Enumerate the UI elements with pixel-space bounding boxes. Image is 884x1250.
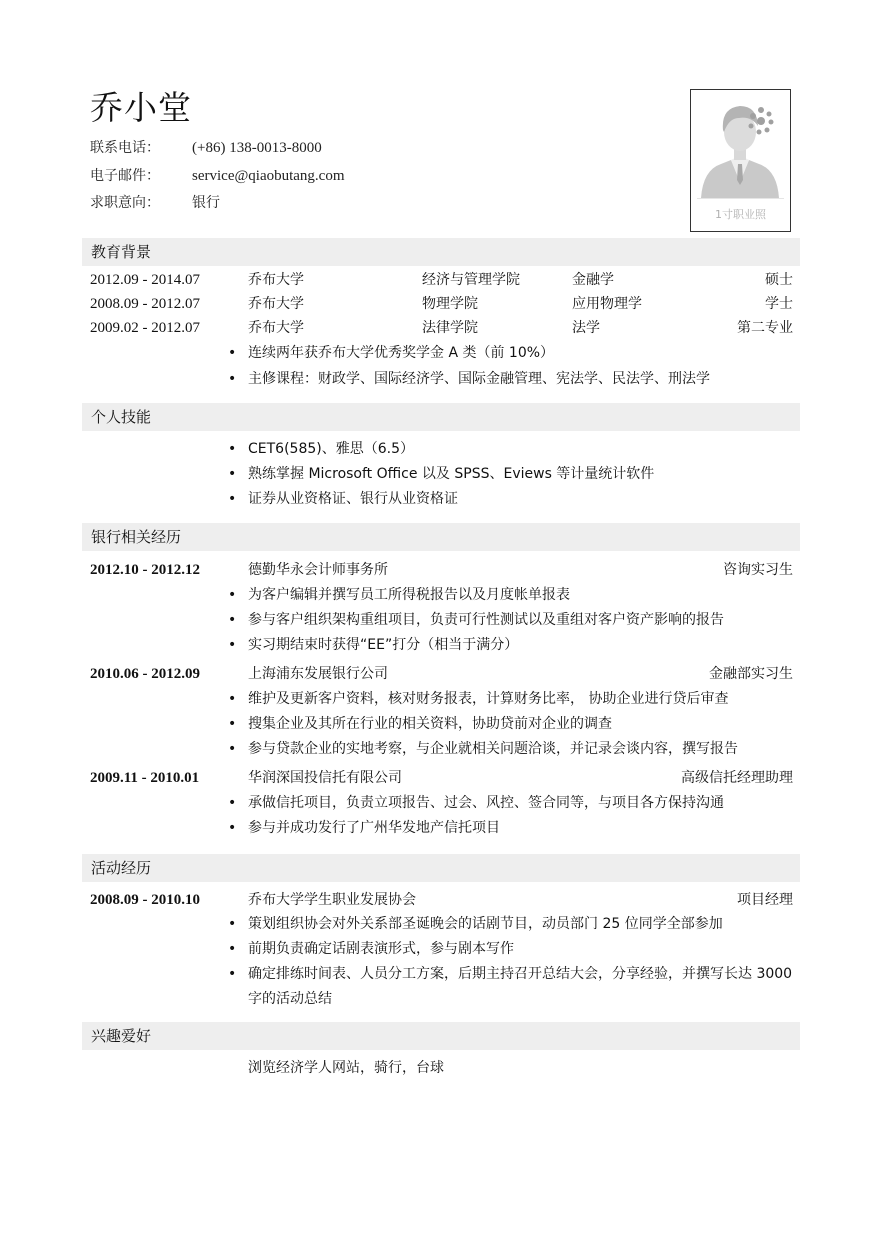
bullet-icon: • <box>228 712 236 737</box>
bullet-icon: • <box>228 437 236 462</box>
objective-label: 求职意向： <box>90 193 192 213</box>
bullet-icon: • <box>228 737 236 762</box>
edu-date: 2012.09 - 2014.07 <box>90 270 200 290</box>
edu-college: 法律学院 <box>422 318 478 338</box>
bullet-icon: • <box>228 633 236 658</box>
section-education: 教育背景 <box>82 238 800 266</box>
bullet-icon: • <box>228 937 236 962</box>
section-title: 个人技能 <box>91 407 151 427</box>
section-title: 银行相关经历 <box>91 527 181 547</box>
exp-org: 德勤华永会计师事务所 <box>248 560 388 580</box>
email-value: service@qiaobutang.com <box>192 166 345 186</box>
edu-degree: 第二专业 <box>737 318 793 338</box>
exp-org: 上海浦东发展银行公司 <box>248 664 388 684</box>
bullet-icon: • <box>228 462 236 487</box>
bullet-icon: • <box>228 583 236 608</box>
edu-school: 乔布大学 <box>248 294 304 314</box>
phone-value: (+86) 138-0013-8000 <box>192 138 322 158</box>
bullet-icon: • <box>228 791 236 816</box>
edu-date: 2009.02 - 2012.07 <box>90 318 200 338</box>
section-activities: 活动经历 <box>82 854 800 882</box>
edu-major: 金融学 <box>572 270 614 290</box>
bullet-icon: • <box>228 341 236 366</box>
section-title: 兴趣爱好 <box>91 1026 151 1046</box>
exp-role: 金融部实习生 <box>709 664 793 684</box>
exp-role: 高级信托经理助理 <box>681 768 793 788</box>
edu-degree: 学士 <box>765 294 793 314</box>
activity-org: 乔布大学学生职业发展协会 <box>248 890 416 910</box>
photo-caption: 1寸职业照 <box>715 207 767 221</box>
contact-phone: 联系电话： (+86) 138-0013-8000 <box>90 138 322 158</box>
edu-date: 2008.09 - 2012.07 <box>90 294 200 314</box>
phone-label: 联系电话： <box>90 138 192 158</box>
edu-major: 应用物理学 <box>572 294 642 314</box>
exp-date: 2010.06 - 2012.09 <box>90 664 200 684</box>
education-row: 2009.02 - 2012.07 乔布大学 法律学院 法学 第二专业 <box>90 318 793 338</box>
activity-role: 项目经理 <box>737 890 793 910</box>
edu-school: 乔布大学 <box>248 270 304 290</box>
activity-date: 2008.09 - 2010.10 <box>90 890 200 910</box>
education-row: 2008.09 - 2012.07 乔布大学 物理学院 应用物理学 学士 <box>90 294 793 314</box>
bullet-icon: • <box>228 367 236 392</box>
section-title: 活动经历 <box>91 858 151 878</box>
section-skills: 个人技能 <box>82 403 800 431</box>
exp-date: 2012.10 - 2012.12 <box>90 560 200 580</box>
email-label: 电子邮件： <box>90 166 192 186</box>
resume-page: 乔小堂 联系电话： (+86) 138-0013-8000 电子邮件： serv… <box>0 0 884 1250</box>
edu-college: 经济与管理学院 <box>422 270 520 290</box>
exp-role: 咨询实习生 <box>723 560 793 580</box>
education-row: 2012.09 - 2014.07 乔布大学 经济与管理学院 金融学 硕士 <box>90 270 793 290</box>
bullet-icon: • <box>228 962 236 987</box>
objective-value: 银行 <box>192 193 220 213</box>
edu-degree: 硕士 <box>765 270 793 290</box>
hobbies-text: 浏览经济学人网站，骑行，台球 <box>248 1058 444 1078</box>
bullet-icon: • <box>228 816 236 841</box>
activity-header: 2008.09 - 2010.10 乔布大学学生职业发展协会 项目经理 <box>90 890 793 910</box>
edu-college: 物理学院 <box>422 294 478 314</box>
edu-school: 乔布大学 <box>248 318 304 338</box>
edu-major: 法学 <box>572 318 600 338</box>
exp-date: 2009.11 - 2010.01 <box>90 768 199 788</box>
section-bank-experience: 银行相关经历 <box>82 523 800 551</box>
exp-org: 华润深国投信托有限公司 <box>248 768 402 788</box>
section-hobbies: 兴趣爱好 <box>82 1022 800 1050</box>
experience-header: 2010.06 - 2012.09 上海浦东发展银行公司 金融部实习生 <box>90 664 793 684</box>
experience-header: 2009.11 - 2010.01 华润深国投信托有限公司 高级信托经理助理 <box>90 768 793 788</box>
profile-photo: 1寸职业照 <box>690 89 791 232</box>
candidate-name: 乔小堂 <box>90 86 192 130</box>
contact-objective: 求职意向： 银行 <box>90 193 220 213</box>
contact-email: 电子邮件： service@qiaobutang.com <box>90 166 345 186</box>
bullet-icon: • <box>228 687 236 712</box>
bullet-icon: • <box>228 912 236 937</box>
bullet-icon: • <box>228 608 236 633</box>
experience-header: 2012.10 - 2012.12 德勤华永会计师事务所 咨询实习生 <box>90 560 793 580</box>
avatar-placeholder-icon: 1寸职业照 <box>691 90 790 231</box>
bullet-icon: • <box>228 487 236 512</box>
section-title: 教育背景 <box>91 242 151 262</box>
